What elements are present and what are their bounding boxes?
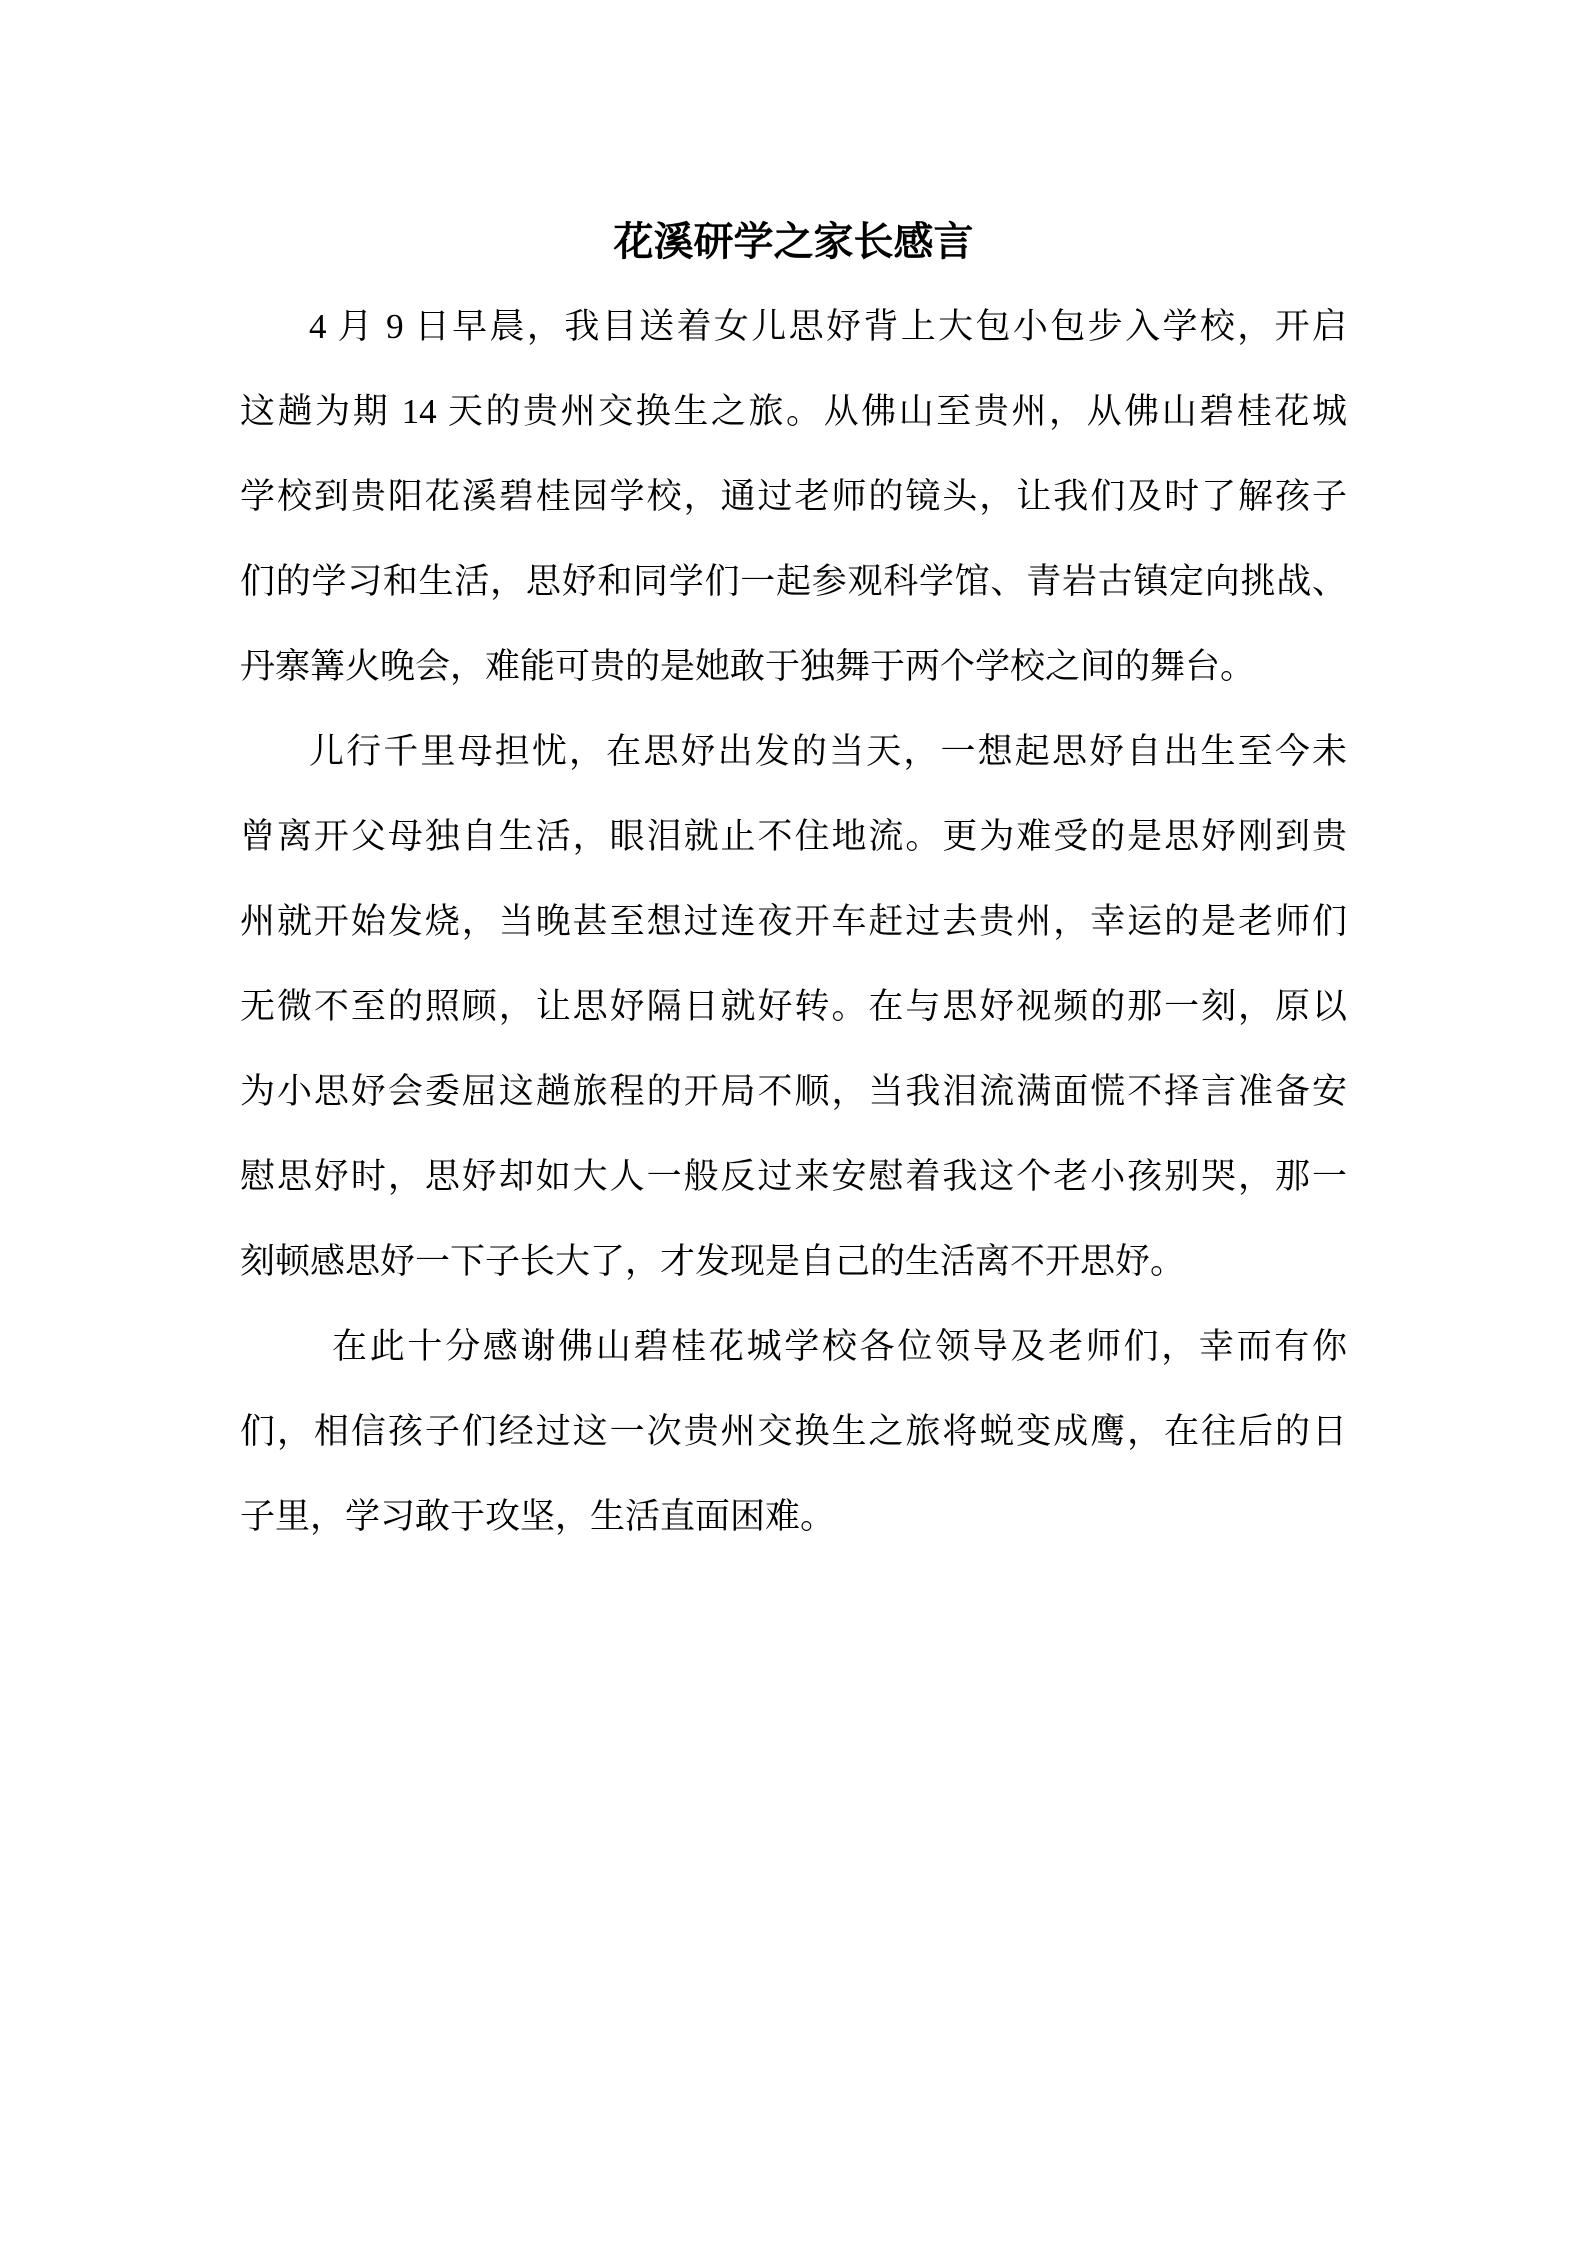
text-line: 4 月 9 日早晨，我目送着女儿思妤背上大包小包步入学校，开启 bbox=[240, 284, 1347, 369]
text-line: 慰思妤时，思妤却如大人一般反过来安慰着我这个老小孩别哭，那一 bbox=[240, 1134, 1347, 1219]
document-page: 花溪研学之家长感言 4 月 9 日早晨，我目送着女儿思妤背上大包小包步入学校，开… bbox=[0, 0, 1587, 2245]
text-line: 们的学习和生活，思妤和同学们一起参观科学馆、青岩古镇定向挑战、 bbox=[240, 539, 1347, 624]
text-line: 这趟为期 14 天的贵州交换生之旅。从佛山至贵州，从佛山碧桂花城 bbox=[240, 369, 1347, 454]
text-line: 学校到贵阳花溪碧桂园学校，通过老师的镜头，让我们及时了解孩子 bbox=[240, 454, 1347, 539]
paragraph-1: 4 月 9 日早晨，我目送着女儿思妤背上大包小包步入学校，开启 这趟为期 14 … bbox=[240, 284, 1347, 709]
text-line: 在此十分感谢佛山碧桂花城学校各位领导及老师们，幸而有你 bbox=[240, 1304, 1347, 1389]
page-title: 花溪研学之家长感言 bbox=[240, 199, 1347, 284]
document-body: 花溪研学之家长感言 4 月 9 日早晨，我目送着女儿思妤背上大包小包步入学校，开… bbox=[240, 199, 1347, 1559]
text-line: 丹寨篝火晚会，难能可贵的是她敢于独舞于两个学校之间的舞台。 bbox=[240, 624, 1347, 709]
text-line: 为小思妤会委屈这趟旅程的开局不顺，当我泪流满面慌不择言准备安 bbox=[240, 1049, 1347, 1134]
text-line: 曾离开父母独自生活，眼泪就止不住地流。更为难受的是思妤刚到贵 bbox=[240, 794, 1347, 879]
text-line: 们，相信孩子们经过这一次贵州交换生之旅将蜕变成鹰，在往后的日 bbox=[240, 1389, 1347, 1474]
text-line: 无微不至的照顾，让思妤隔日就好转。在与思妤视频的那一刻，原以 bbox=[240, 964, 1347, 1049]
paragraph-3: 在此十分感谢佛山碧桂花城学校各位领导及老师们，幸而有你 们，相信孩子们经过这一次… bbox=[240, 1304, 1347, 1559]
text-line: 儿行千里母担忧，在思妤出发的当天，一想起思妤自出生至今未 bbox=[240, 709, 1347, 794]
text-line: 州就开始发烧，当晚甚至想过连夜开车赶过去贵州，幸运的是老师们 bbox=[240, 879, 1347, 964]
text-line: 刻顿感思妤一下子长大了，才发现是自己的生活离不开思妤。 bbox=[240, 1219, 1347, 1304]
paragraph-2: 儿行千里母担忧，在思妤出发的当天，一想起思妤自出生至今未 曾离开父母独自生活，眼… bbox=[240, 709, 1347, 1304]
text-line: 子里，学习敢于攻坚，生活直面困难。 bbox=[240, 1474, 1347, 1559]
